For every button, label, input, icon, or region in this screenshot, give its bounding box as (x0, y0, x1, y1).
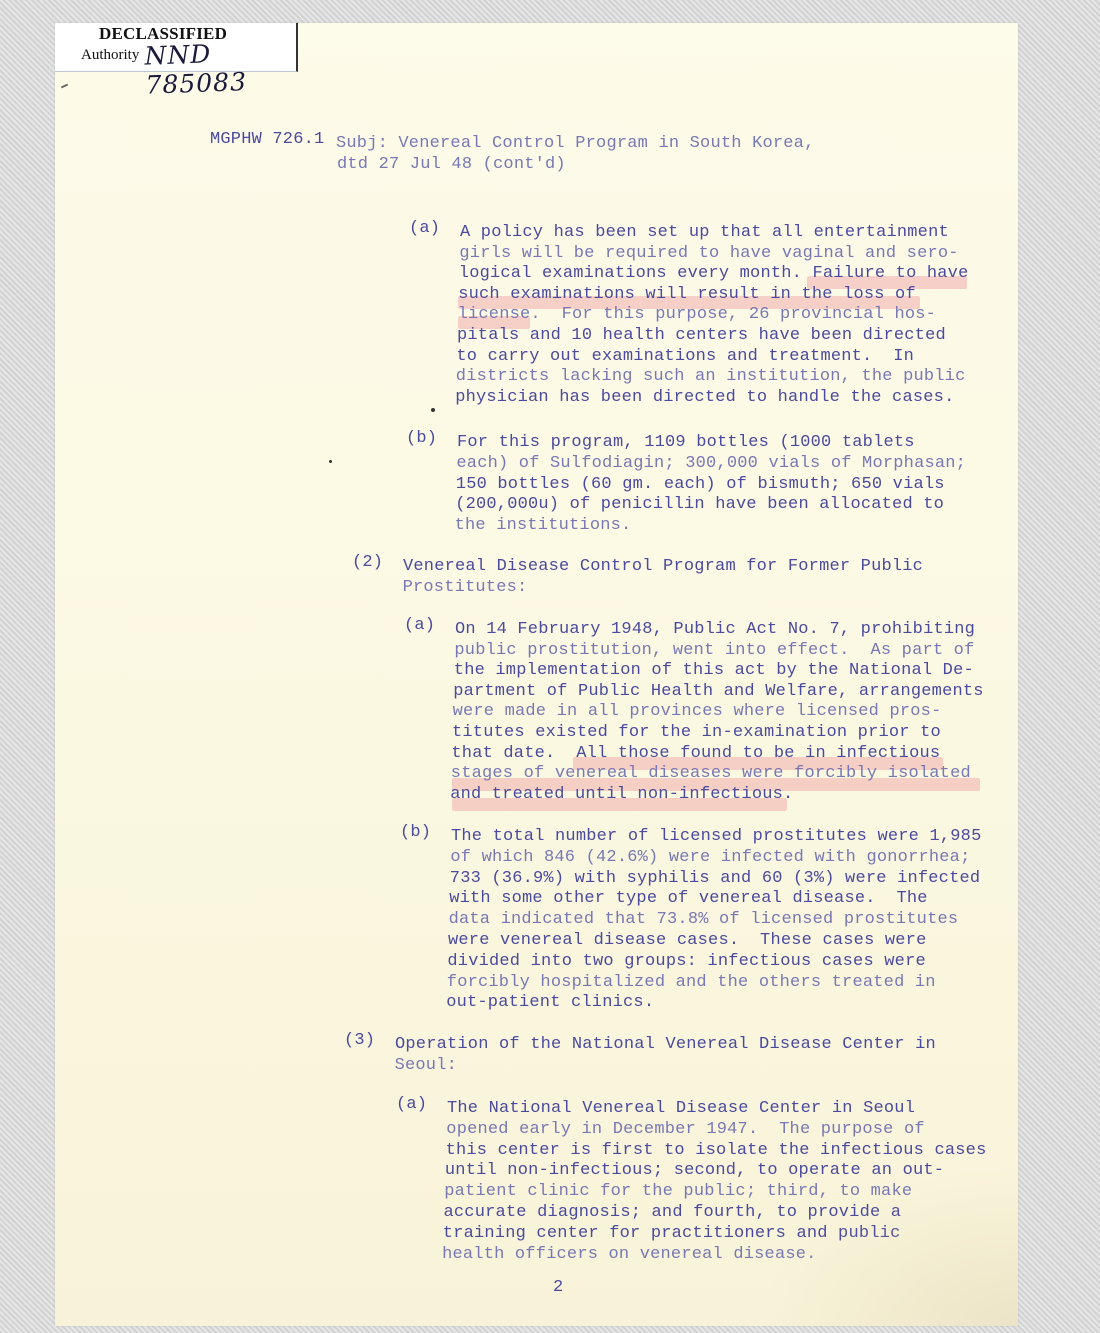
text-line: such examinations will result in the los… (458, 285, 916, 306)
subject-line-2: dtd 27 Jul 48 (cont'd) (337, 155, 566, 176)
declassified-stamp: DECLASSIFIED Authority NND 785083 (55, 23, 298, 72)
text-line: public prostitution, went into effect. A… (454, 641, 974, 662)
text-line: patient clinic for the public; third, to… (444, 1182, 912, 1203)
memo-reference: MGPHW 726.1 (210, 130, 324, 151)
section-number: (2) (352, 553, 383, 574)
page-number: 2 (553, 1278, 563, 1299)
text-line: that date. All those found to be in infe… (451, 744, 940, 765)
text-line: and treated until non-infectious. (450, 785, 793, 806)
text-line: opened early in December 1947. The purpo… (446, 1120, 924, 1141)
stray-mark (61, 84, 68, 89)
text-line: were venereal disease cases. These cases… (448, 931, 926, 952)
stray-dot (431, 408, 435, 412)
section-number: (3) (344, 1031, 375, 1052)
text-line: For this program, 1109 bottles (1000 tab… (457, 433, 915, 454)
text-line: with some other type of venereal disease… (449, 889, 927, 910)
text-line: 150 bottles (60 gm. each) of bismuth; 65… (456, 475, 945, 496)
text-line: health officers on venereal disease. (442, 1245, 816, 1266)
text-line: districts lacking such an institution, t… (456, 367, 966, 388)
text-line: 733 (36.9%) with syphilis and 60 (3%) we… (450, 869, 981, 890)
text-line: titutes existed for the in-examination p… (452, 723, 941, 744)
item-label: (a) (396, 1095, 427, 1116)
text-line: divided into two groups: infectious case… (447, 952, 925, 973)
text-line: Venereal Disease Control Program for For… (403, 557, 923, 578)
stamp-authority-number: NND 785083 (144, 36, 297, 99)
text-line: accurate diagnosis; and fourth, to provi… (444, 1203, 902, 1224)
text-line: physician has been directed to handle th… (455, 388, 954, 409)
text-line: license. For this purpose, 26 provincial… (458, 305, 936, 326)
subject-line-1: Subj: Venereal Control Program in South … (336, 134, 814, 155)
text-line: data indicated that 73.8% of licensed pr… (449, 910, 959, 931)
text-line: each) of Sulfodiagin; 300,000 vials of M… (456, 454, 966, 475)
item-label: (a) (409, 219, 440, 240)
text-line: the implementation of this act by the Na… (454, 661, 974, 682)
text-line: Seoul: (395, 1056, 457, 1077)
text-line: On 14 February 1948, Public Act No. 7, p… (455, 620, 975, 641)
text-line: pitals and 10 health centers have been d… (457, 326, 946, 347)
text-line: of which 846 (42.6%) were infected with … (450, 848, 970, 869)
text-line: A policy has been set up that all entert… (460, 223, 949, 244)
item-label: (a) (404, 616, 435, 637)
text-line: girls will be required to have vaginal a… (459, 244, 958, 265)
text-line: were made in all provinces where license… (453, 702, 942, 723)
text-line: forcibly hospitalized and the others tre… (447, 973, 936, 994)
text-line: training center for practitioners and pu… (443, 1224, 901, 1245)
text-line: (200,000u) of penicillin have been alloc… (455, 495, 944, 516)
document-page: DECLASSIFIED Authority NND 785083 MGPHW … (55, 23, 1018, 1326)
text-line: the institutions. (455, 516, 632, 537)
text-line: until non-infectious; second, to operate… (445, 1161, 944, 1182)
stray-dot (329, 460, 332, 463)
text-line: out-patient clinics. (446, 993, 654, 1014)
text-line: The National Venereal Disease Center in … (447, 1099, 915, 1120)
text-line: The total number of licensed prostitutes… (451, 827, 982, 848)
text-line: Operation of the National Venereal Disea… (395, 1035, 936, 1056)
text-line: partment of Public Health and Welfare, a… (453, 682, 984, 703)
item-label: (b) (406, 429, 437, 450)
stamp-authority-label: Authority (81, 47, 139, 64)
text-line: stages of venereal diseases were forcibl… (451, 764, 971, 785)
text-line: Prostitutes: (403, 578, 528, 599)
text-line: to carry out examinations and treatment.… (456, 347, 914, 368)
text-line: this center is first to isolate the infe… (446, 1141, 987, 1162)
text-line: logical examinations every month. Failur… (459, 264, 969, 285)
item-label: (b) (400, 823, 431, 844)
